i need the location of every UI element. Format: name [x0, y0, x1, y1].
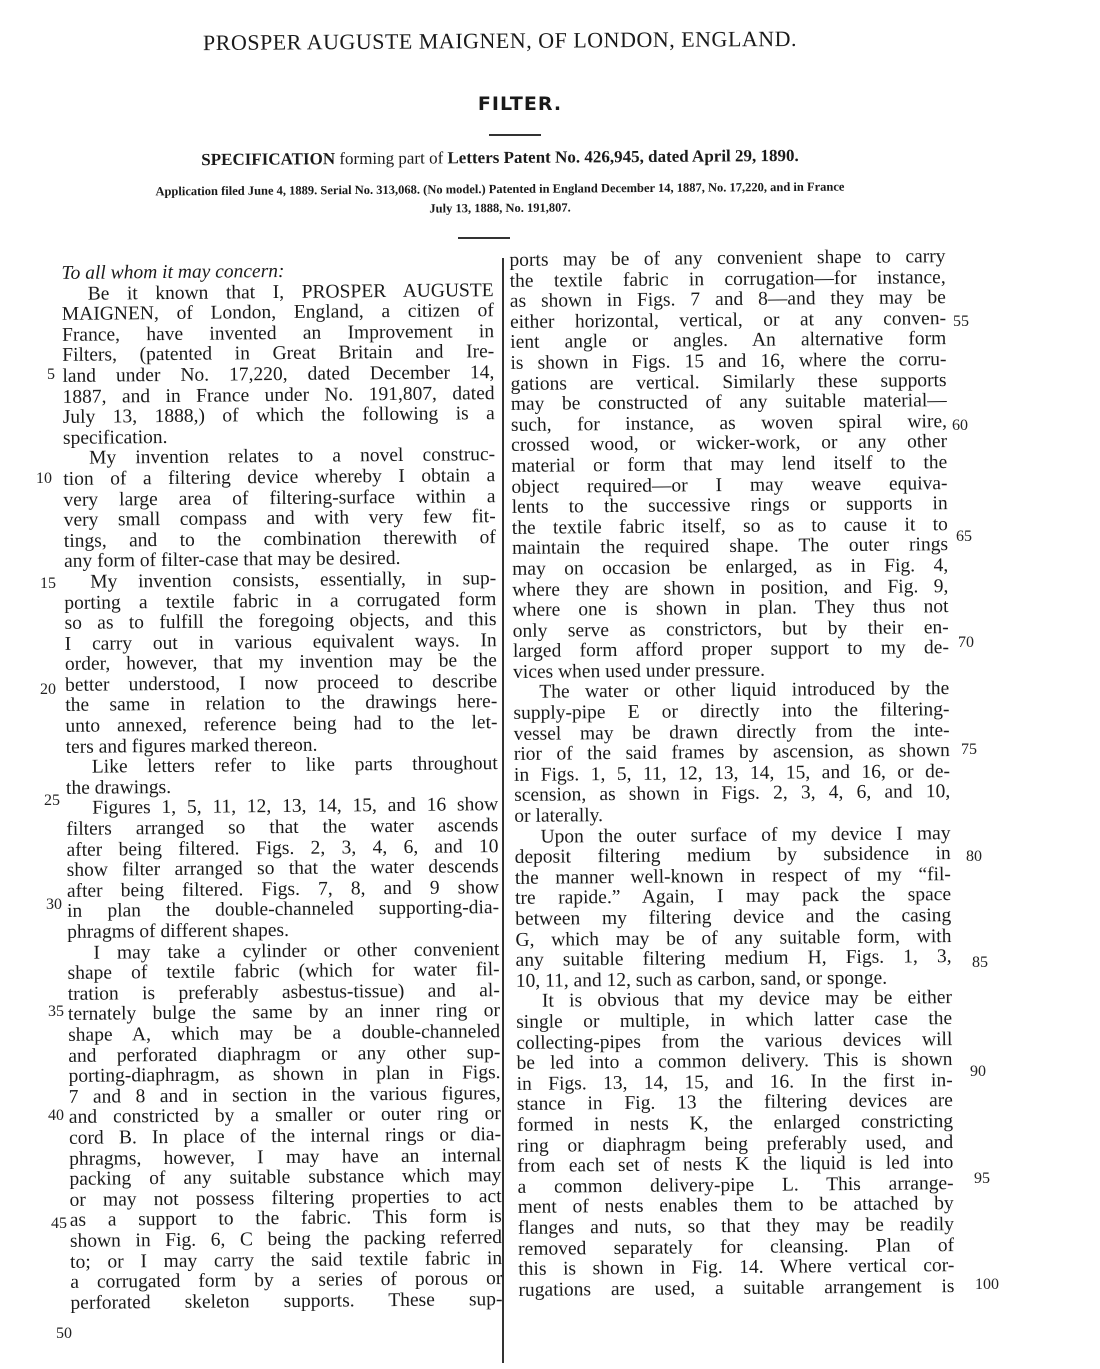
- text-line: rugations are used, a suitable arrangeme…: [518, 1277, 954, 1301]
- line-number: 55: [953, 313, 969, 331]
- title-rule: [489, 134, 541, 136]
- line-number: 5: [47, 366, 55, 384]
- column-divider: [502, 258, 504, 1363]
- specification-line: SPECIFICATION forming part of Letters Pa…: [0, 145, 1000, 172]
- line-number: 15: [40, 575, 56, 593]
- line-number: 40: [48, 1107, 64, 1125]
- line-number: 95: [974, 1170, 990, 1188]
- line-number: 75: [961, 741, 977, 759]
- inventor-heading: PROSPER AUGUSTE MAIGNEN, OF LONDON, ENGL…: [0, 25, 1000, 58]
- application-details: Application filed June 4, 1889. Serial N…: [60, 177, 940, 221]
- document-title: FILTER.: [0, 93, 1040, 115]
- text-line: perforated skeleton supports. These sup-: [70, 1290, 502, 1314]
- line-number: 60: [952, 417, 968, 435]
- line-number: 100: [975, 1276, 999, 1294]
- left-column: To all whom it may concern: Be it known …: [61, 260, 502, 1314]
- line-number: 90: [970, 1063, 986, 1081]
- line-number: 30: [46, 896, 62, 914]
- specification-mid: forming part of: [335, 148, 447, 168]
- right-column: ports may be of any convenient shape to …: [509, 247, 954, 1301]
- line-number: 70: [958, 634, 974, 652]
- patent-number-date: Letters Patent No. 426,945, dated April …: [447, 146, 798, 167]
- line-number: 10: [36, 470, 52, 488]
- header-rule: [458, 237, 510, 239]
- line-number: 25: [44, 792, 60, 810]
- line-number: 85: [972, 954, 988, 972]
- specification-label: SPECIFICATION: [201, 149, 335, 169]
- line-number: 80: [966, 848, 982, 866]
- line-number: 45: [51, 1215, 67, 1233]
- line-number: 20: [40, 681, 56, 699]
- text-line: Like letters refer to like parts through…: [66, 754, 498, 778]
- line-number: 35: [48, 1003, 64, 1021]
- text-line: scension, as shown in Figs. 2, 3, 4, 6, …: [514, 783, 950, 807]
- text-line: unto annexed, reference being had to the…: [65, 713, 497, 737]
- line-number: 50: [56, 1325, 72, 1343]
- text-line: July 13, 1888,) of which the following i…: [63, 404, 495, 428]
- line-number: 65: [956, 528, 972, 546]
